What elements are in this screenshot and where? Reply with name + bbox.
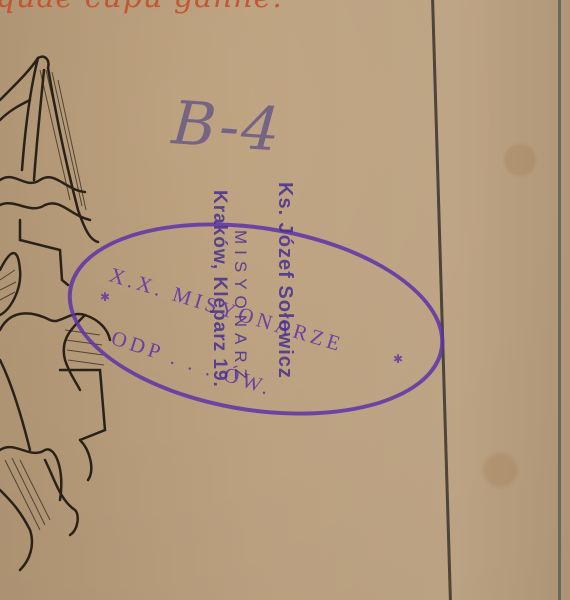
red-header-text: quae cupu ganne. [0, 0, 283, 15]
vertical-stamp-address: Kraków, Kleparz 19. [208, 190, 230, 388]
book-page-photo: quae cupu ganne. B-4 [0, 0, 570, 600]
vertical-stamp-name: Ks. Józef Sołowicz [273, 182, 296, 379]
handwritten-shelfmark: B-4 [170, 88, 284, 165]
vertical-stamp-title: MISYONARZ [230, 230, 250, 385]
stamp-star-icon: ✱ [100, 290, 110, 304]
stamp-star-icon: ✱ [393, 352, 403, 366]
page-edge-line [558, 0, 561, 600]
page-fold-line [431, 0, 452, 600]
